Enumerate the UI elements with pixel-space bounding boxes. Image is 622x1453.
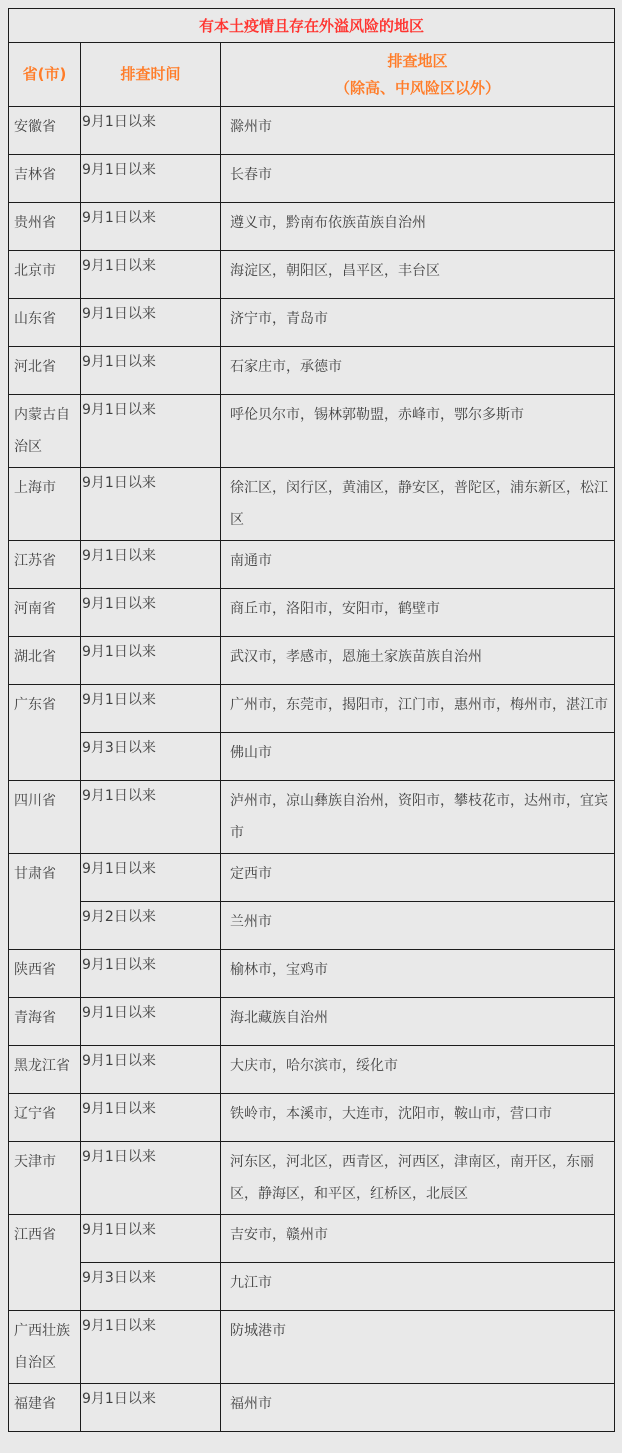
column-header-row: 省(市) 排查时间 排查地区 （除高、中风险区以外） <box>9 43 615 107</box>
areas-cell: 九江市 <box>221 1263 615 1311</box>
province-cell: 江西省 <box>9 1215 81 1311</box>
time-cell: 9月1日以来 <box>81 1046 221 1094</box>
province-cell: 内蒙古自治区 <box>9 395 81 468</box>
time-cell: 9月3日以来 <box>81 1263 221 1311</box>
areas-cell: 商丘市，洛阳市，安阳市，鹤壁市 <box>221 589 615 637</box>
table-row: 山东省9月1日以来济宁市，青岛市 <box>9 299 615 347</box>
time-cell: 9月1日以来 <box>81 251 221 299</box>
table-row: 黑龙江省9月1日以来大庆市，哈尔滨市，绥化市 <box>9 1046 615 1094</box>
province-cell: 安徽省 <box>9 107 81 155</box>
time-cell: 9月1日以来 <box>81 1142 221 1215</box>
table-row: 陕西省9月1日以来榆林市，宝鸡市 <box>9 950 615 998</box>
time-cell: 9月1日以来 <box>81 107 221 155</box>
areas-cell: 定西市 <box>221 854 615 902</box>
province-cell: 辽宁省 <box>9 1094 81 1142</box>
time-cell: 9月1日以来 <box>81 998 221 1046</box>
table-row: 9月3日以来九江市 <box>9 1263 615 1311</box>
areas-cell: 广州市，东莞市，揭阳市，江门市，惠州市，梅州市，湛江市 <box>221 685 615 733</box>
time-cell: 9月1日以来 <box>81 1215 221 1263</box>
areas-cell: 南通市 <box>221 541 615 589</box>
table-row: 内蒙古自治区9月1日以来呼伦贝尔市，锡林郭勒盟，赤峰市，鄂尔多斯市 <box>9 395 615 468</box>
table-row: 9月3日以来佛山市 <box>9 733 615 781</box>
table-row: 福建省9月1日以来福州市 <box>9 1384 615 1432</box>
areas-cell: 遵义市，黔南布依族苗族自治州 <box>221 203 615 251</box>
column-header-province: 省(市) <box>9 43 81 107</box>
areas-cell: 海北藏族自治州 <box>221 998 615 1046</box>
table-row: 安徽省9月1日以来滁州市 <box>9 107 615 155</box>
areas-cell: 海淀区，朝阳区，昌平区，丰台区 <box>221 251 615 299</box>
table-row: 上海市9月1日以来徐汇区，闵行区，黄浦区，静安区，普陀区，浦东新区，松江区 <box>9 468 615 541</box>
time-cell: 9月1日以来 <box>81 541 221 589</box>
time-cell: 9月1日以来 <box>81 155 221 203</box>
table-row: 辽宁省9月1日以来铁岭市，本溪市，大连市，沈阳市，鞍山市，营口市 <box>9 1094 615 1142</box>
time-cell: 9月2日以来 <box>81 902 221 950</box>
table-title-row: 有本土疫情且存在外溢风险的地区 <box>9 9 615 43</box>
table-body: 安徽省9月1日以来滁州市吉林省9月1日以来长春市贵州省9月1日以来遵义市，黔南布… <box>9 107 615 1432</box>
areas-cell: 榆林市，宝鸡市 <box>221 950 615 998</box>
province-cell: 江苏省 <box>9 541 81 589</box>
time-cell: 9月1日以来 <box>81 203 221 251</box>
areas-cell: 武汉市，孝感市，恩施土家族苗族自治州 <box>221 637 615 685</box>
time-cell: 9月1日以来 <box>81 395 221 468</box>
province-cell: 青海省 <box>9 998 81 1046</box>
column-header-areas-line2: （除高、中风险区以外） <box>221 75 614 102</box>
table-title: 有本土疫情且存在外溢风险的地区 <box>9 9 615 43</box>
table-row: 河南省9月1日以来商丘市，洛阳市，安阳市，鹤壁市 <box>9 589 615 637</box>
province-cell: 四川省 <box>9 781 81 854</box>
province-cell: 吉林省 <box>9 155 81 203</box>
risk-areas-table: 有本土疫情且存在外溢风险的地区 省(市) 排查时间 排查地区 （除高、中风险区以… <box>8 8 615 1432</box>
province-cell: 山东省 <box>9 299 81 347</box>
table-row: 吉林省9月1日以来长春市 <box>9 155 615 203</box>
areas-cell: 河东区，河北区，西青区，河西区，津南区，南开区，东丽区，静海区，和平区，红桥区，… <box>221 1142 615 1215</box>
time-cell: 9月1日以来 <box>81 1384 221 1432</box>
time-cell: 9月1日以来 <box>81 685 221 733</box>
province-cell: 上海市 <box>9 468 81 541</box>
areas-cell: 长春市 <box>221 155 615 203</box>
areas-cell: 徐汇区，闵行区，黄浦区，静安区，普陀区，浦东新区，松江区 <box>221 468 615 541</box>
table-row: 江西省9月1日以来吉安市，赣州市 <box>9 1215 615 1263</box>
areas-cell: 铁岭市，本溪市，大连市，沈阳市，鞍山市，营口市 <box>221 1094 615 1142</box>
areas-cell: 大庆市，哈尔滨市，绥化市 <box>221 1046 615 1094</box>
column-header-time: 排查时间 <box>81 43 221 107</box>
table-row: 甘肃省9月1日以来定西市 <box>9 854 615 902</box>
province-cell: 河北省 <box>9 347 81 395</box>
table-row: 江苏省9月1日以来南通市 <box>9 541 615 589</box>
table-row: 广东省9月1日以来广州市，东莞市，揭阳市，江门市，惠州市，梅州市，湛江市 <box>9 685 615 733</box>
province-cell: 北京市 <box>9 251 81 299</box>
areas-cell: 石家庄市，承德市 <box>221 347 615 395</box>
areas-cell: 吉安市，赣州市 <box>221 1215 615 1263</box>
time-cell: 9月1日以来 <box>81 637 221 685</box>
province-cell: 天津市 <box>9 1142 81 1215</box>
time-cell: 9月3日以来 <box>81 733 221 781</box>
table-row: 9月2日以来兰州市 <box>9 902 615 950</box>
table-row: 广西壮族自治区9月1日以来防城港市 <box>9 1311 615 1384</box>
table-row: 贵州省9月1日以来遵义市，黔南布依族苗族自治州 <box>9 203 615 251</box>
column-header-areas-line1: 排查地区 <box>221 48 614 75</box>
province-cell: 黑龙江省 <box>9 1046 81 1094</box>
time-cell: 9月1日以来 <box>81 299 221 347</box>
time-cell: 9月1日以来 <box>81 781 221 854</box>
time-cell: 9月1日以来 <box>81 1311 221 1384</box>
column-header-areas: 排查地区 （除高、中风险区以外） <box>221 43 615 107</box>
time-cell: 9月1日以来 <box>81 468 221 541</box>
province-cell: 陕西省 <box>9 950 81 998</box>
table-row: 四川省9月1日以来泸州市，凉山彝族自治州，资阳市，攀枝花市，达州市，宜宾市 <box>9 781 615 854</box>
time-cell: 9月1日以来 <box>81 854 221 902</box>
areas-cell: 兰州市 <box>221 902 615 950</box>
table-row: 北京市9月1日以来海淀区，朝阳区，昌平区，丰台区 <box>9 251 615 299</box>
province-cell: 广西壮族自治区 <box>9 1311 81 1384</box>
table-row: 湖北省9月1日以来武汉市，孝感市，恩施土家族苗族自治州 <box>9 637 615 685</box>
province-cell: 福建省 <box>9 1384 81 1432</box>
table-row: 河北省9月1日以来石家庄市，承德市 <box>9 347 615 395</box>
table-row: 天津市9月1日以来河东区，河北区，西青区，河西区，津南区，南开区，东丽区，静海区… <box>9 1142 615 1215</box>
time-cell: 9月1日以来 <box>81 950 221 998</box>
areas-cell: 福州市 <box>221 1384 615 1432</box>
areas-cell: 佛山市 <box>221 733 615 781</box>
province-cell: 湖北省 <box>9 637 81 685</box>
province-cell: 河南省 <box>9 589 81 637</box>
time-cell: 9月1日以来 <box>81 589 221 637</box>
areas-cell: 泸州市，凉山彝族自治州，资阳市，攀枝花市，达州市，宜宾市 <box>221 781 615 854</box>
areas-cell: 滁州市 <box>221 107 615 155</box>
areas-cell: 呼伦贝尔市，锡林郭勒盟，赤峰市，鄂尔多斯市 <box>221 395 615 468</box>
table-row: 青海省9月1日以来海北藏族自治州 <box>9 998 615 1046</box>
province-cell: 甘肃省 <box>9 854 81 950</box>
time-cell: 9月1日以来 <box>81 347 221 395</box>
province-cell: 广东省 <box>9 685 81 781</box>
province-cell: 贵州省 <box>9 203 81 251</box>
areas-cell: 济宁市，青岛市 <box>221 299 615 347</box>
areas-cell: 防城港市 <box>221 1311 615 1384</box>
table-head: 有本土疫情且存在外溢风险的地区 省(市) 排查时间 排查地区 （除高、中风险区以… <box>9 9 615 107</box>
time-cell: 9月1日以来 <box>81 1094 221 1142</box>
